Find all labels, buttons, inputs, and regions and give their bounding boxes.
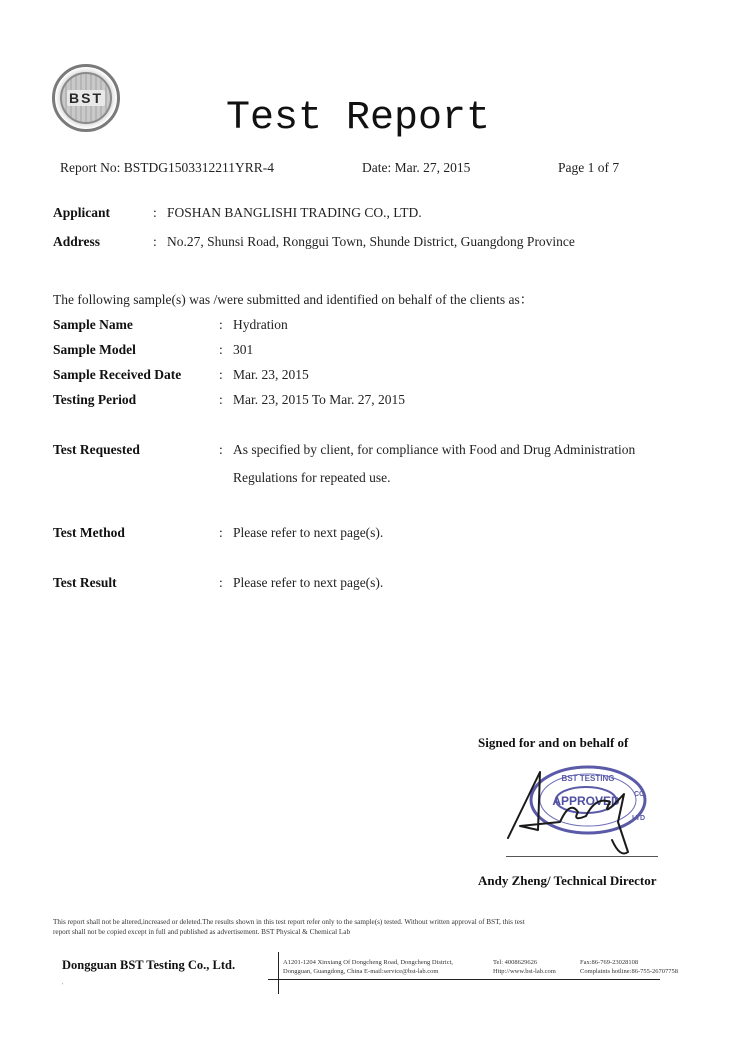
footer-divider-vertical [278,952,279,994]
address-colon: : [153,234,157,250]
footer-website[interactable]: Http://www.bst-lab.com [493,967,556,976]
test-method-label: Test Method [53,525,125,541]
signature-line [506,856,658,857]
testing-period-label: Testing Period [53,392,136,408]
signed-for-label: Signed for and on behalf of [478,735,628,751]
testing-period-colon: : [219,392,223,408]
test-requested-line2: Regulations for repeated use. [233,470,390,486]
footer-company: Dongguan BST Testing Co., Ltd. [62,958,235,973]
page-indicator: Page 1 of 7 [558,160,619,176]
footer-mark: ' [62,983,63,989]
footer-tel: Tel: 4008629626 [493,958,537,967]
test-requested-colon: : [219,442,223,458]
test-result-colon: : [219,575,223,591]
address-label: Address [53,234,100,250]
disclaimer: This report shall not be altered,increas… [53,917,713,937]
sample-name-label: Sample Name [53,317,133,333]
signer-name: Andy Zheng/ Technical Director [478,873,657,889]
test-result-value: Please refer to next page(s). [233,575,383,591]
sample-name-value: Hydration [233,317,288,333]
intro-text: The following sample(s) was /were submit… [53,288,533,308]
sample-name-colon: : [219,317,223,333]
applicant-value: FOSHAN BANGLISHI TRADING CO., LTD. [167,205,422,221]
sample-model-label: Sample Model [53,342,136,358]
test-method-value: Please refer to next page(s). [233,525,383,541]
test-result-label: Test Result [53,575,117,591]
footer-divider-horizontal [268,979,660,980]
sample-received-value: Mar. 23, 2015 [233,367,309,383]
applicant-label: Applicant [53,205,110,221]
sample-model-colon: : [219,342,223,358]
sample-received-label: Sample Received Date [53,367,181,383]
svg-text:CO.: CO. [634,791,647,798]
approval-stamp: APPROVED BST TESTING CO. LTD [500,760,660,860]
sample-model-value: 301 [233,342,253,358]
svg-text:LTD: LTD [632,815,645,822]
stamp-signature-icon: APPROVED BST TESTING CO. LTD [500,760,660,860]
footer-complaints: Complaints hotline:86-755-26707758 [580,967,678,976]
address-value: No.27, Shunsi Road, Ronggui Town, Shunde… [167,234,575,250]
report-date: Date: Mar. 27, 2015 [362,160,470,176]
footer-address-line1: A1201-1204 Xinxiang Of Dongcheng Road, D… [283,958,453,967]
testing-period-value: Mar. 23, 2015 To Mar. 27, 2015 [233,392,405,408]
page-title: Test Report [0,96,716,141]
footer-fax: Fax:86-769-23028108 [580,958,638,967]
applicant-colon: : [153,205,157,221]
test-method-colon: : [219,525,223,541]
disclaimer-line-2: report shall not be copied except in ful… [53,927,713,937]
svg-text:BST TESTING: BST TESTING [562,774,615,783]
report-number: Report No: BSTDG1503312211YRR-4 [60,160,274,176]
sample-received-colon: : [219,367,223,383]
disclaimer-line-1: This report shall not be altered,increas… [53,917,713,927]
test-requested-label: Test Requested [53,442,140,458]
test-requested-line1: As specified by client, for compliance w… [233,442,635,458]
footer-address-line2: Dongguan, Guangdong, China E-mail:servic… [283,967,438,976]
